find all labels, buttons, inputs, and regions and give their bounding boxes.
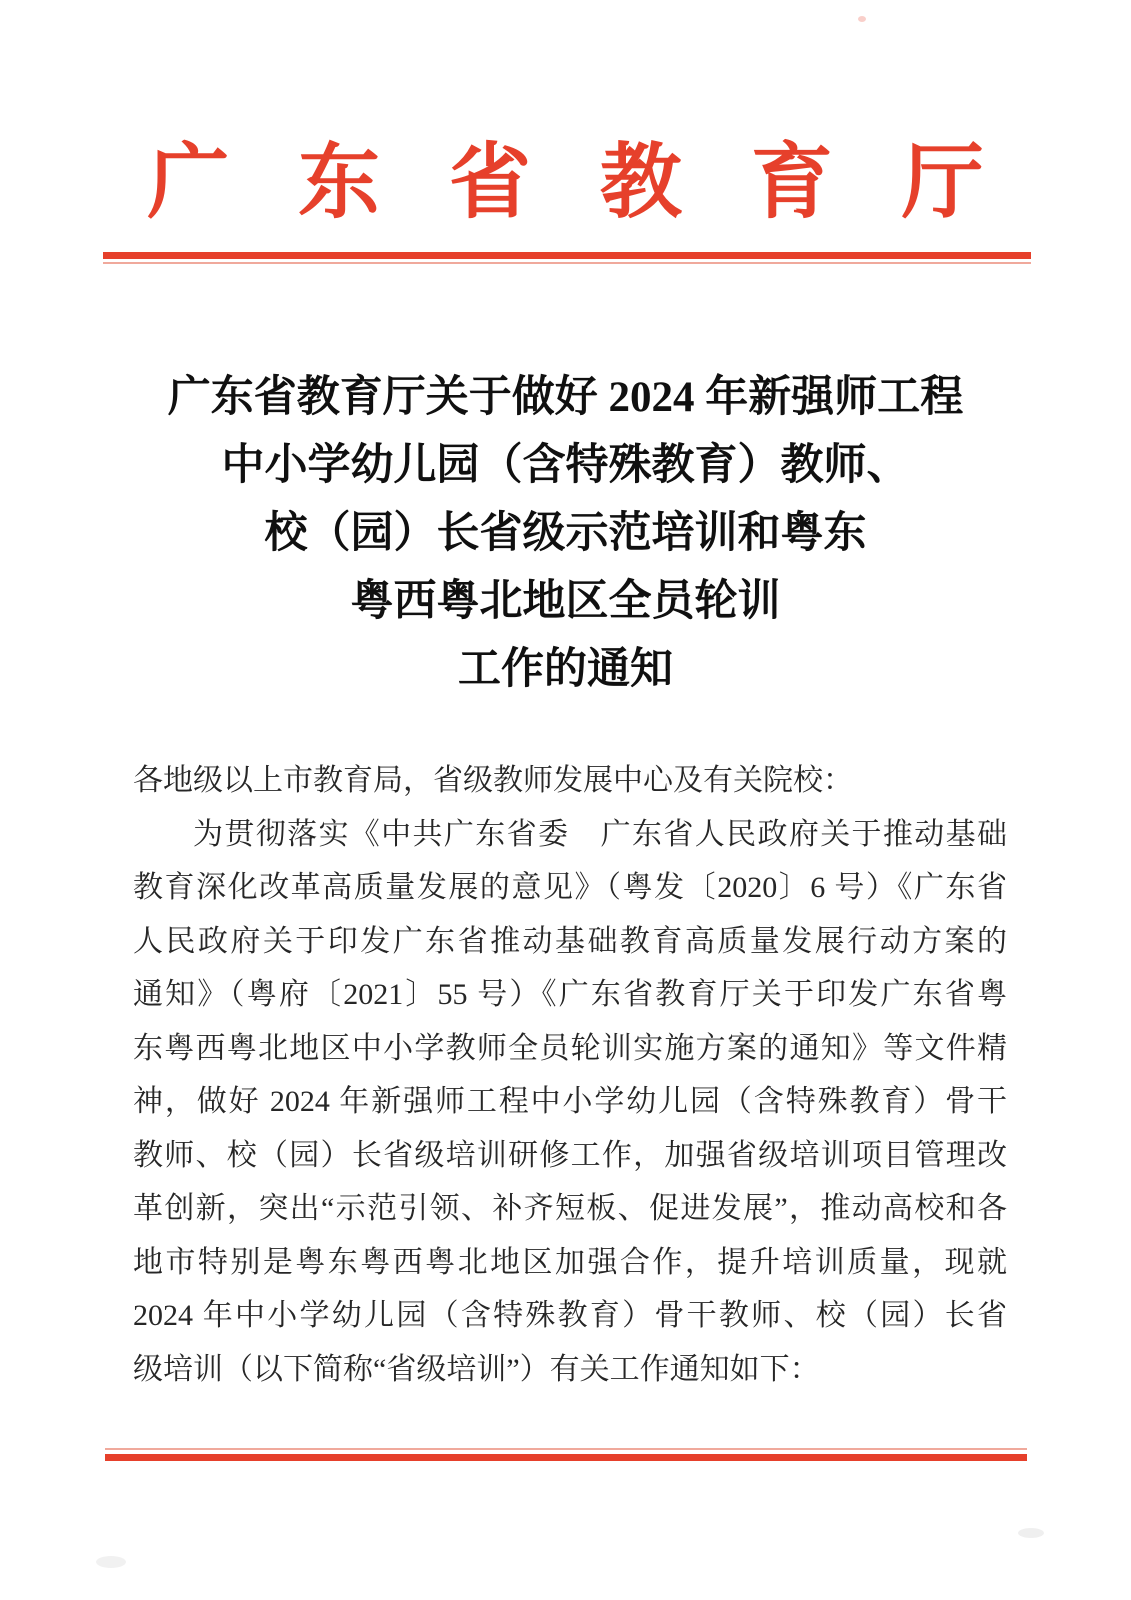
scan-artifact	[1018, 1528, 1044, 1538]
paragraph-line: 2024 年中小学幼儿园（含特殊教育）骨干教师、校（园）长省	[133, 1289, 1007, 1343]
letterhead-agency-name: 广东省教育厅	[0, 128, 1131, 238]
document-title-line: 中小学幼儿园（含特殊教育）教师、	[0, 432, 1131, 500]
main-paragraph: 为贯彻落实《中共广东省委 广东省人民政府关于推动基础教育深化改革高质量发展的意见…	[133, 808, 1007, 1397]
document-title-line: 工作的通知	[0, 636, 1131, 704]
paragraph-line: 为贯彻落实《中共广东省委 广东省人民政府关于推动基础	[133, 808, 1007, 862]
letterhead-double-rule	[103, 252, 1031, 264]
paragraph-line: 革创新，突出“示范引领、补齐短板、促进发展”，推动高校和各	[133, 1182, 1007, 1236]
paragraph-line: 神，做好 2024 年新强师工程中小学幼儿园（含特殊教育）骨干	[133, 1075, 1007, 1129]
footer-double-rule	[105, 1448, 1027, 1461]
paragraph-line: 东粤西粤北地区中小学教师全员轮训实施方案的通知》等文件精	[133, 1022, 1007, 1076]
document-title-line: 校（园）长省级示范培训和粤东	[0, 500, 1131, 568]
document-body: 各地级以上市教育局，省级教师发展中心及有关院校： 为贯彻落实《中共广东省委 广东…	[133, 754, 1007, 1396]
paragraph-line: 教师、校（园）长省级培训研修工作，加强省级培训项目管理改	[133, 1129, 1007, 1183]
document-title-line: 广东省教育厅关于做好 2024 年新强师工程	[0, 364, 1131, 432]
paragraph-line: 人民政府关于印发广东省推动基础教育高质量发展行动方案的	[133, 915, 1007, 969]
scan-artifact	[858, 16, 866, 22]
paragraph-line: 通知》（粤府〔2021〕55 号）《广东省教育厅关于印发广东省粤	[133, 968, 1007, 1022]
scan-artifact	[96, 1556, 126, 1568]
salutation-line: 各地级以上市教育局，省级教师发展中心及有关院校：	[133, 754, 1007, 808]
paragraph-line: 地市特别是粤东粤西粤北地区加强合作，提升培训质量，现就	[133, 1236, 1007, 1290]
paragraph-line: 级培训（以下简称“省级培训”）有关工作通知如下：	[133, 1343, 1007, 1397]
document-title: 广东省教育厅关于做好 2024 年新强师工程中小学幼儿园（含特殊教育）教师、校（…	[0, 364, 1131, 704]
document-page: 广东省教育厅 广东省教育厅关于做好 2024 年新强师工程中小学幼儿园（含特殊教…	[0, 0, 1131, 1600]
paragraph-line: 教育深化改革高质量发展的意见》（粤发〔2020〕6 号）《广东省	[133, 861, 1007, 915]
document-title-line: 粤西粤北地区全员轮训	[0, 568, 1131, 636]
